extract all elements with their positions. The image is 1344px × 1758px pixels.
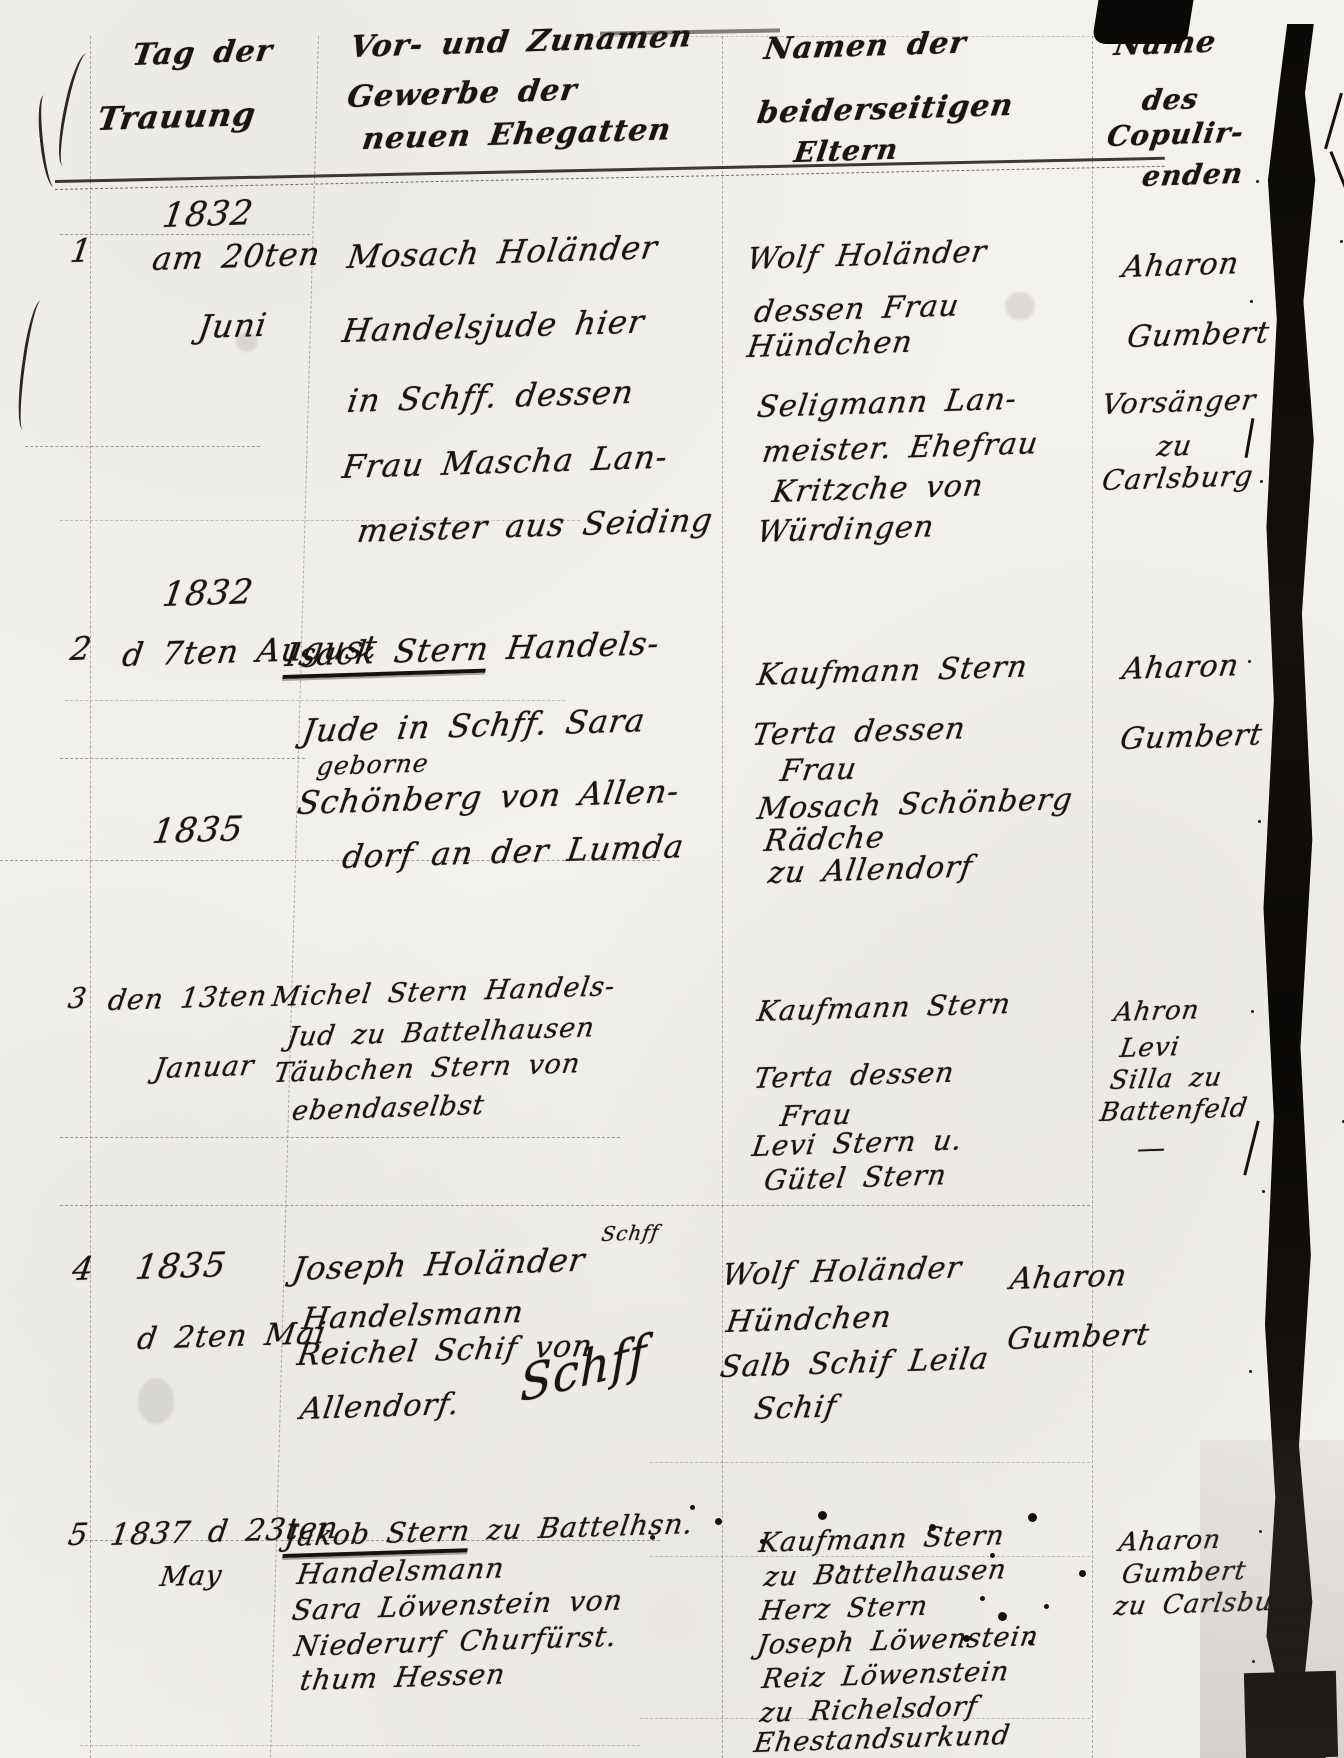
row-rule	[60, 758, 305, 759]
page-edge-fragment	[1245, 418, 1255, 458]
ink-splatter	[690, 1505, 695, 1510]
entry3-officiant-line4: Battenfeld	[1098, 1093, 1250, 1128]
entry3-year: 1835	[150, 809, 246, 852]
entry4-spouses-line4: Allendorf.	[298, 1387, 462, 1427]
entry3-parents-line5: Gütel Stern	[762, 1158, 949, 1197]
entry3-spouses-line2: Jud zu Battelhausen	[285, 1012, 597, 1053]
entry1-spouses-line3: in Schff. dessen	[345, 373, 637, 420]
entry1-officiant-line3: Vorsänger	[1100, 383, 1259, 421]
row-rule	[60, 1205, 1090, 1206]
paper-smudge	[1005, 292, 1035, 320]
column-rule	[1092, 36, 1093, 1758]
entry4-officiant-line1: Aharon	[1008, 1258, 1130, 1297]
entry1-year: 1832	[160, 193, 256, 236]
insertion-above-line: Schff	[600, 1220, 661, 1246]
paper-smudge	[138, 1378, 174, 1424]
entry4-officiant-line2: Gumbert	[1005, 1317, 1152, 1357]
entry2-parents-line2: Terta dessen	[750, 711, 968, 753]
entry5-spouses-line2: Handelsmann	[295, 1551, 507, 1591]
entry2-officiant-line1: Aharon	[1120, 648, 1242, 687]
ink-splatter	[980, 1596, 985, 1601]
entry1-parents-line3: Hündchen	[745, 325, 915, 365]
entry2-parents-line6: zu Allendorf	[766, 849, 975, 891]
margin-flourish	[35, 94, 62, 187]
entry2-spouses-line1-rest: Handels-	[486, 624, 662, 668]
entry1-parents-line1: Wolf Holänder	[745, 234, 989, 277]
entry4-number: 4	[70, 1249, 97, 1288]
page-edge-fragment	[1243, 1120, 1259, 1175]
page-edge-fragment	[1324, 93, 1343, 150]
entry3-officiant-line2: Levi	[1118, 1032, 1182, 1064]
entry3-parents-line2: Terta dessen	[752, 1056, 957, 1095]
entry1-parents-line7: Würdingen	[755, 509, 937, 550]
entry1-spouses-line2: Handelsjude hier	[340, 302, 647, 350]
entry5-parents-line5: Reiz Löwenstein	[760, 1656, 1011, 1695]
header-col4-line3: Copulir-	[1105, 116, 1246, 153]
entry3-officiant-line3: Silla zu	[1108, 1062, 1224, 1096]
underlined-name: Jakob Stern	[282, 1514, 472, 1558]
row-rule	[65, 700, 565, 701]
row-rule	[650, 1462, 1090, 1463]
entry3-date-line1: den 13ten	[106, 979, 270, 1017]
entry1-spouses-line1: Mosach Holänder	[345, 228, 660, 276]
entry5-date-line2: May	[158, 1560, 224, 1593]
row-rule	[650, 1556, 1090, 1557]
header-col3-line1: Namen der	[762, 25, 969, 67]
entry4-year: 1835	[133, 1245, 229, 1288]
entry5-number: 5	[66, 1517, 91, 1553]
page-edge-wash	[1200, 1440, 1344, 1758]
entry3-officiant-line5: —	[1135, 1131, 1169, 1165]
header-col3-line2: beiderseitigen	[755, 88, 1016, 131]
entry1-date-line1: am 20ten	[150, 235, 323, 278]
entry1-spouses-line4: Frau Mascha Lan-	[340, 438, 670, 486]
entry2-spouses-line2: Jude in Schff. Sara	[300, 701, 648, 750]
scan-speckle	[1256, 180, 1259, 183]
row-rule	[80, 1745, 640, 1746]
entry1-officiant-line4: zu	[1155, 429, 1195, 463]
entry1-parents-line2: dessen Frau	[752, 288, 962, 330]
entry1-parents-line6: Kritzche von	[770, 468, 986, 510]
page-edge-fragment	[1329, 151, 1344, 195]
header-col2-line1: Vor- und Zunamen	[348, 19, 695, 65]
entry1-parents-line5: meister. Ehefrau	[760, 426, 1041, 470]
entry1-date-line2: Juni	[196, 306, 270, 346]
header-col4-line4: enden	[1140, 157, 1246, 193]
header-col3-line3: Eltern	[792, 133, 901, 169]
entry2-parents-line4: Mosach Schönberg	[755, 782, 1075, 827]
entry2-spouses-line3: geborne	[315, 748, 431, 781]
entry5-spouses-line4: Niederurf Churfürst.	[292, 1620, 619, 1663]
entry5-spouses-line1: Jakob Stern zu Battelhsn.	[283, 1507, 696, 1553]
paper-smudge	[236, 332, 258, 352]
column-rule	[722, 36, 723, 1758]
entry5-parents-line3: Herz Stern	[758, 1591, 930, 1627]
entry5-spouses-line5: thum Hessen	[298, 1657, 508, 1697]
entry4-parents-line3: Salb Schif Leila	[718, 1341, 991, 1385]
entry3-spouses-line1: Michel Stern Handels-	[270, 971, 617, 1013]
entry2-year: 1832	[160, 572, 256, 615]
entry4-parents-line1: Wolf Holänder	[720, 1250, 964, 1293]
row-rule	[25, 446, 260, 447]
header-col1-line2: Trauung	[95, 95, 259, 138]
header-col4-line2: des	[1140, 82, 1201, 117]
entry3-officiant-line1: Ahron	[1112, 995, 1202, 1028]
entry5-parents-line1: Kaufmann Stern	[757, 1520, 1007, 1559]
header-col2-line3: neuen Ehegatten	[360, 112, 674, 157]
entry1-parents-line4: Seligmann Lan-	[755, 382, 1019, 425]
entry1-officiant-line5: Carlsburg	[1100, 459, 1256, 497]
scan-blob-top-right	[1092, 0, 1194, 44]
underlined-name: Isack Stern	[282, 629, 491, 679]
entry4-parents-line4: Schif	[752, 1389, 839, 1427]
entry3-parents-line1: Kaufmann Stern	[755, 987, 1013, 1028]
entry5-parents-line2: zu Battelhausen	[762, 1554, 1009, 1593]
entry5-spouses-line1-rest: zu Battelhsn.	[468, 1507, 696, 1547]
entry4-spouses-line1: Joseph Holänder	[290, 1241, 588, 1288]
column-rule	[270, 36, 319, 1757]
entry2-spouses-line5: dorf an der Lumda	[340, 827, 687, 876]
register-page: Tag der Trauung Vor- und Zunamen Gewerbe…	[0, 0, 1344, 1758]
entry2-officiant-line2: Gumbert	[1118, 717, 1265, 757]
margin-flourish	[13, 299, 50, 430]
page-margin-rule	[90, 36, 91, 1758]
row-rule	[60, 1137, 620, 1138]
header-col2-line2: Gewerbe der	[345, 73, 580, 115]
entry3-date-line2: Januar	[152, 1049, 257, 1085]
entry1-officiant-line2: Gumbert	[1125, 315, 1272, 355]
entry2-parents-line3: Frau	[778, 751, 859, 789]
header-col1-line1: Tag der	[130, 33, 275, 73]
entry3-number: 3	[66, 981, 90, 1015]
entry3-parents-line4: Levi Stern u.	[750, 1123, 965, 1163]
entry4-spouses-line2: Handelsmann	[300, 1295, 526, 1337]
entry5-parents-line4: Joseph Löwenstein	[755, 1621, 1041, 1661]
entry3-spouses-line4: ebendaselbst	[290, 1090, 487, 1127]
entry1-officiant-line1: Aharon	[1120, 246, 1242, 285]
entry4-parents-line2: Hündchen	[724, 1300, 894, 1340]
entry3-spouses-line3: Täubchen Stern von	[272, 1048, 583, 1089]
entry2-parents-line1: Kaufmann Stern	[755, 649, 1030, 693]
entry1-spouses-line5: meister aus Seiding	[355, 501, 716, 550]
